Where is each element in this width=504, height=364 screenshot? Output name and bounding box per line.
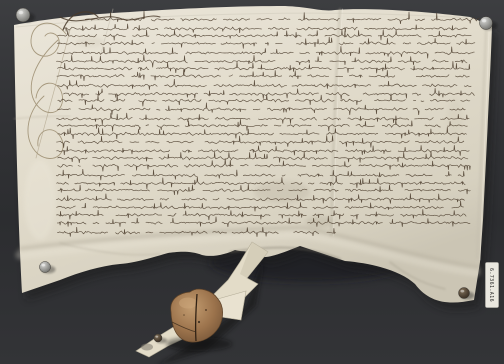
pin-head	[154, 334, 162, 342]
stain	[305, 216, 335, 228]
pin-silver	[16, 8, 35, 22]
charter-photograph: 6.7361.A16	[0, 0, 504, 364]
tag-stain	[141, 344, 153, 351]
stain	[447, 98, 463, 142]
photo-background: 6.7361.A16	[0, 0, 504, 364]
stain	[24, 160, 56, 240]
pin-head	[459, 288, 470, 299]
stain	[76, 37, 104, 47]
pin-head	[16, 8, 30, 22]
seal-pit	[198, 321, 200, 323]
pin-silver	[480, 17, 498, 31]
pin-highlight	[18, 11, 23, 15]
pin-highlight	[41, 264, 45, 267]
pin-head	[480, 17, 493, 30]
seal-pit	[183, 314, 185, 316]
pin-highlight	[482, 19, 487, 22]
pin-highlight	[155, 336, 158, 338]
shelfmark-text: 6.7361.A16	[488, 268, 494, 302]
seal-highlight	[179, 298, 197, 309]
shelfmark-label: 6.7361.A16	[486, 263, 499, 308]
seal-pit	[205, 309, 207, 311]
pin-highlight	[460, 290, 464, 293]
pin-head	[40, 262, 51, 273]
